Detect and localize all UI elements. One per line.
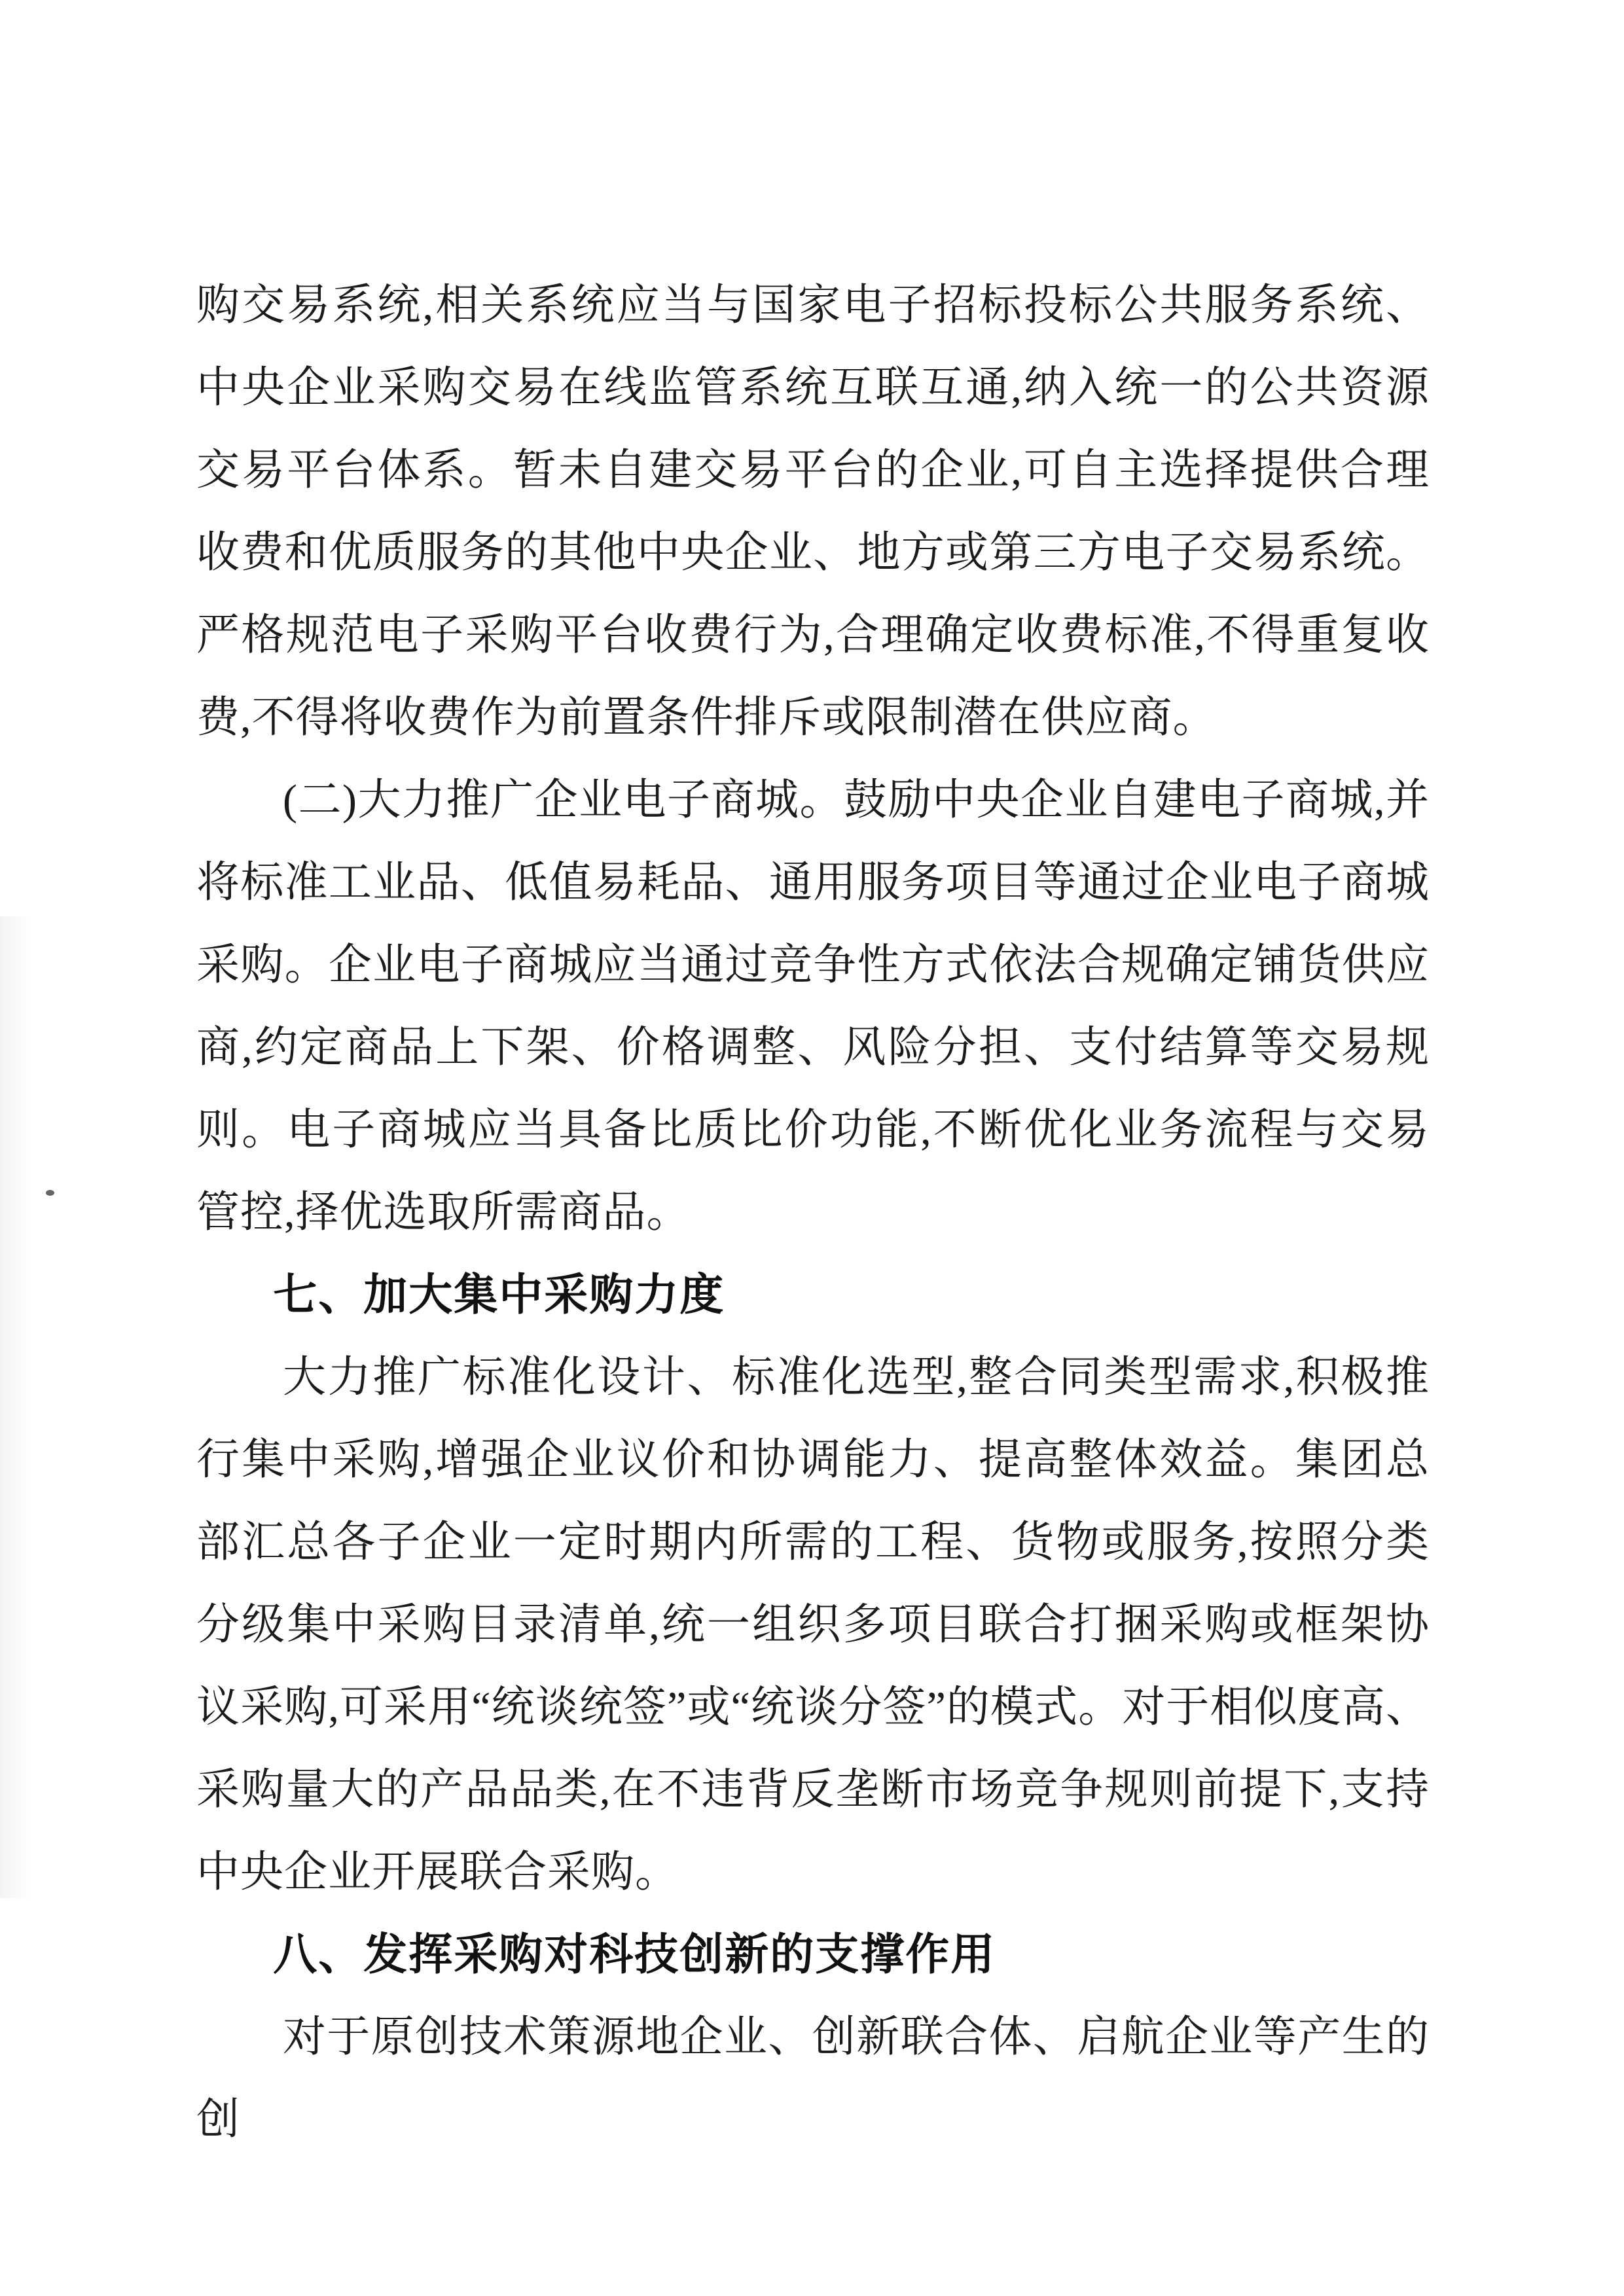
- paragraph-e-commerce-mall: (二)大力推广企业电子商城。鼓励中央企业自建电子商城,并将标准工业品、低值易耗品…: [196, 759, 1430, 1254]
- scan-speck: [46, 1190, 54, 1196]
- scan-edge-shading: [0, 916, 30, 1898]
- paragraph-continuation-e-procurement-systems: 购交易系统,相关系统应当与国家电子招标投标公共服务系统、中央企业采购交易在线监管…: [196, 264, 1430, 759]
- paragraph-centralized-procurement-details: 大力推广标准化设计、标准化选型,整合同类型需求,积极推行集中采购,增强企业议价和…: [196, 1336, 1430, 1914]
- section-heading-7-centralized-procurement: 七、加大集中采购力度: [196, 1254, 1430, 1336]
- document-text-block: 购交易系统,相关系统应当与国家电子招标投标公共服务系统、中央企业采购交易在线监管…: [196, 264, 1430, 2161]
- section-heading-8-tech-innovation-support: 八、发挥采购对科技创新的支撑作用: [196, 1914, 1430, 1996]
- paragraph-original-technology-intro: 对于原创技术策源地企业、创新联合体、启航企业等产生的创: [196, 1996, 1430, 2161]
- document-page: 购交易系统,相关系统应当与国家电子招标投标公共服务系统、中央企业采购交易在线监管…: [0, 0, 1624, 2296]
